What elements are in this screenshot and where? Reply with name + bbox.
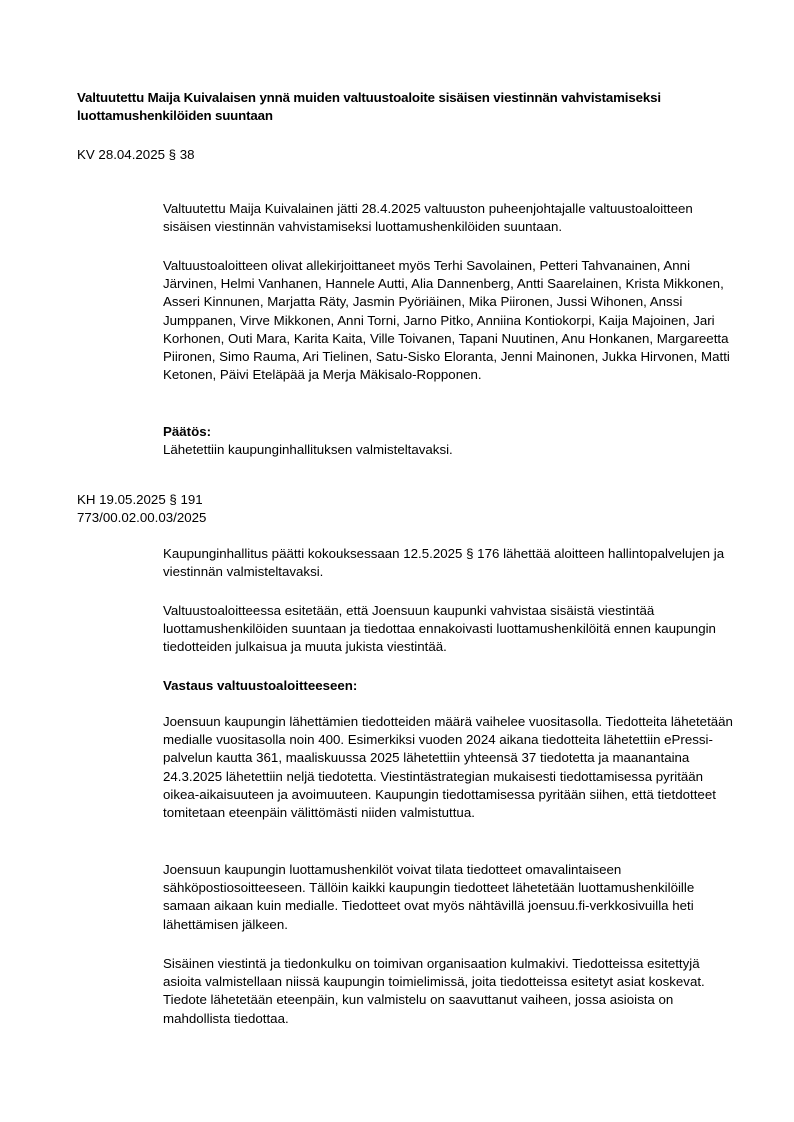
answer-paragraph-text: Joensuun kaupungin luottamushenkilöt voi… [163,861,738,934]
answer-paragraph-2: Joensuun kaupungin luottamushenkilöt voi… [163,861,738,934]
signatories-text: Valtuustoaloitteen olivat allekirjoittan… [163,257,738,384]
answer-heading: Vastaus valtuustoaloitteeseen: [163,677,738,695]
record-number: 773/00.02.00.03/2025 [77,509,206,527]
kv-paragraph-1: Valtuutettu Maija Kuivalainen jätti 28.4… [163,200,738,236]
answer-paragraph-text: Sisäinen viestintä ja tiedonkulku on toi… [163,955,738,1028]
kh-paragraph-text: Kaupunginhallitus päätti kokouksessaan 1… [163,545,738,581]
decision-text: Lähetettiin kaupunginhallituksen valmist… [163,441,738,459]
answer-paragraph-3: Sisäinen viestintä ja tiedonkulku on toi… [163,955,738,1028]
answer-heading-block: Vastaus valtuustoaloitteeseen: [163,677,738,695]
kh-meta: KH 19.05.2025 § 191 773/00.02.00.03/2025 [77,491,206,526]
kv-reference: KV 28.04.2025 § 38 [77,146,195,164]
kv-paragraph-text: Valtuutettu Maija Kuivalainen jätti 28.4… [163,200,738,236]
document-title: Valtuutettu Maija Kuivalaisen ynnä muide… [77,89,747,125]
kh-paragraph-2: Valtuustoaloitteessa esitetään, että Joe… [163,602,738,657]
kh-paragraph-1: Kaupunginhallitus päätti kokouksessaan 1… [163,545,738,581]
kh-reference: KH 19.05.2025 § 191 [77,491,206,509]
kv-decision: Päätös: Lähetettiin kaupunginhallituksen… [163,423,738,459]
answer-paragraph-text: Joensuun kaupungin lähettämien tiedottei… [163,713,738,822]
answer-paragraph-1: Joensuun kaupungin lähettämien tiedottei… [163,713,738,822]
document-page: Valtuutettu Maija Kuivalaisen ynnä muide… [0,0,794,1122]
kh-paragraph-text: Valtuustoaloitteessa esitetään, että Joe… [163,602,738,657]
decision-heading: Päätös: [163,423,738,441]
kv-paragraph-2: Valtuustoaloitteen olivat allekirjoittan… [163,257,738,384]
